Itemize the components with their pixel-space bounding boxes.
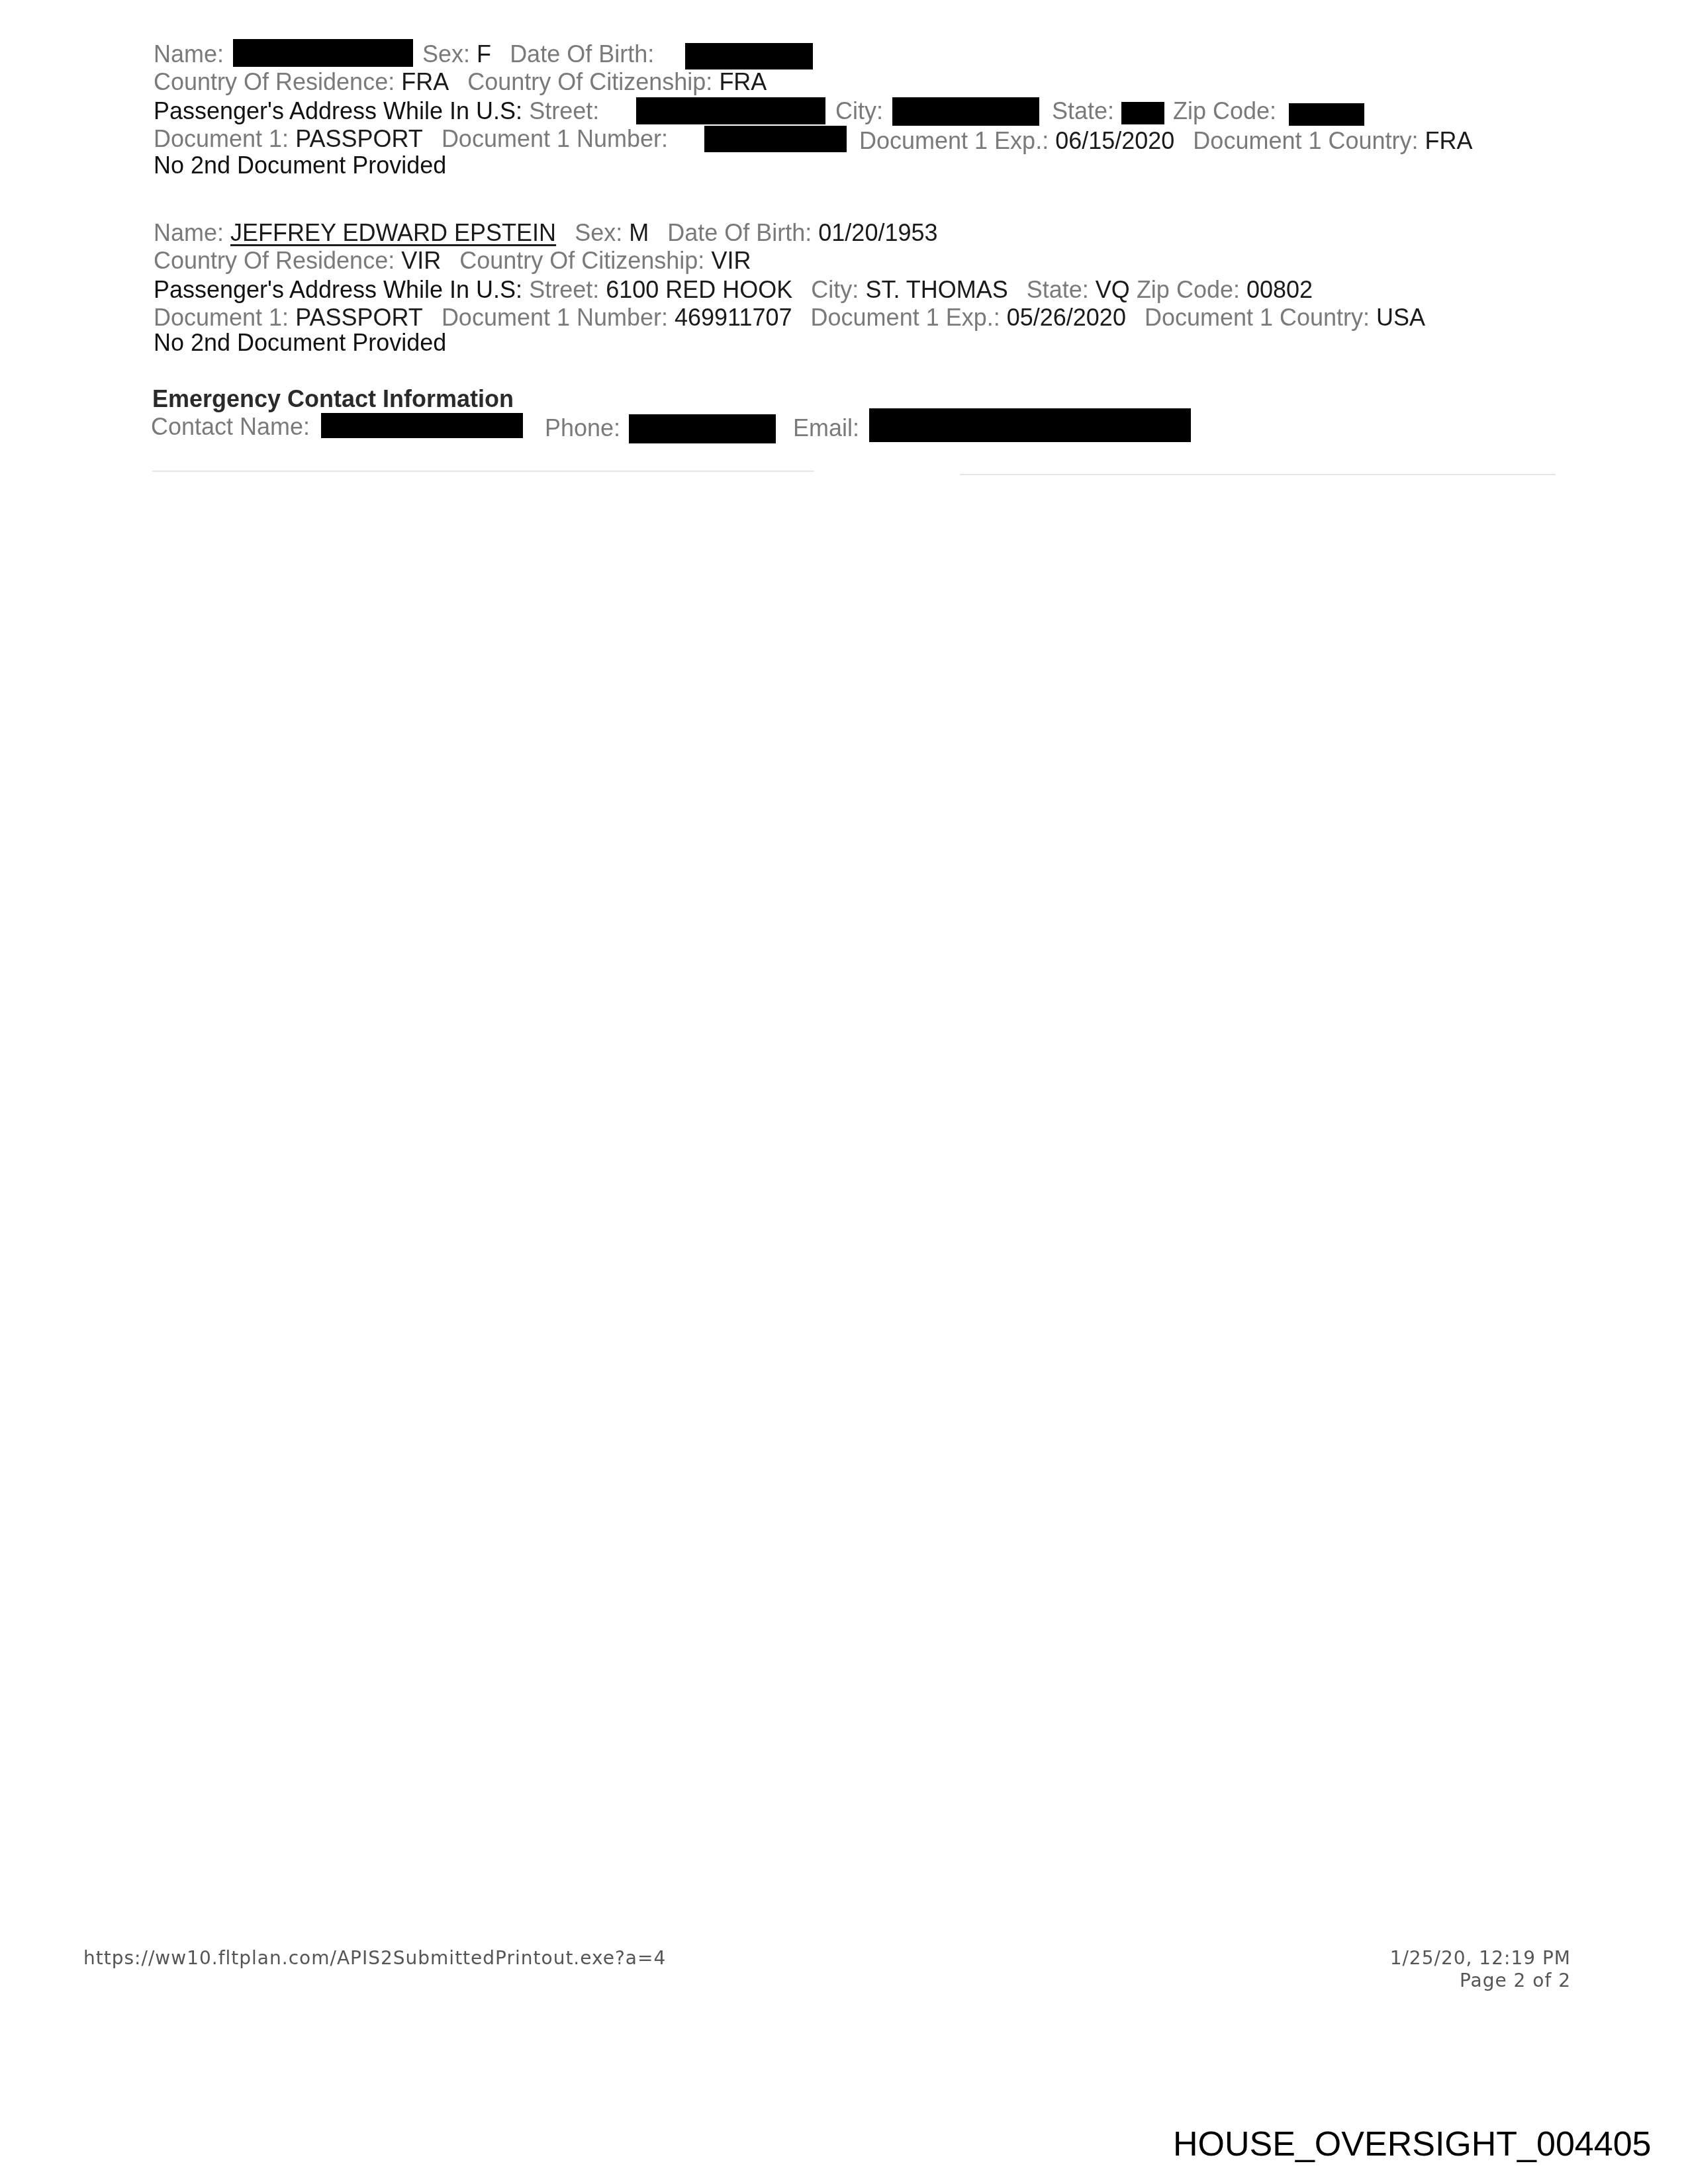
name-value: JEFFREY EDWARD EPSTEIN: [230, 219, 556, 246]
redaction-state: [1121, 102, 1164, 124]
citizenship-label: Country Of Citizenship:: [459, 247, 704, 274]
redaction-contact-name: [321, 413, 523, 438]
dob-label: Date Of Birth:: [510, 40, 654, 68]
p2-second-doc: No 2nd Document Provided: [154, 329, 446, 357]
state-value: VQ: [1096, 276, 1130, 303]
p1-second-doc: No 2nd Document Provided: [154, 152, 446, 179]
residence-value: FRA: [401, 68, 449, 95]
redaction-doc-number: [704, 126, 847, 152]
footer-meta: 1/25/20, 12:19 PM Page 2 of 2: [1390, 1947, 1571, 1992]
redaction-phone: [629, 414, 776, 443]
city-value: ST. THOMAS: [865, 276, 1008, 303]
zip-label: Zip Code:: [1173, 97, 1276, 124]
dob-label: Date Of Birth:: [667, 219, 812, 246]
redaction-name: [233, 39, 413, 67]
footer-url: https://ww10.fltplan.com/APIS2SubmittedP…: [83, 1947, 666, 1969]
sex-label: Sex:: [422, 40, 470, 68]
redaction-street: [636, 97, 825, 124]
doc1-country-label: Document 1 Country:: [1145, 304, 1370, 331]
zip-label: Zip Code:: [1137, 276, 1240, 303]
contact-phone-group: Phone:: [545, 414, 620, 442]
citizenship-label: Country Of Citizenship:: [467, 68, 712, 95]
state-label: State:: [1052, 97, 1114, 124]
contact-email-group: Email:: [793, 414, 859, 442]
doc1-number-label: Document 1 Number:: [442, 304, 668, 331]
sex-value: M: [629, 219, 649, 246]
city-label: City:: [811, 276, 859, 303]
residence-label: Country Of Residence:: [154, 68, 395, 95]
redaction-zip: [1289, 103, 1364, 126]
doc1-number-value: 469911707: [675, 304, 792, 331]
sex-value: F: [477, 40, 491, 68]
street-value: 6100 RED HOOK: [606, 276, 792, 303]
p2-line-name: Name: JEFFREY EDWARD EPSTEIN Sex: M Date…: [154, 219, 938, 247]
contact-name-group: Contact Name:: [151, 413, 310, 441]
doc1-value: PASSPORT: [295, 125, 423, 152]
doc1-exp-label: Document 1 Exp.:: [859, 127, 1049, 154]
p2-line-document: Document 1: PASSPORT Document 1 Number: …: [154, 304, 1425, 332]
email-label: Email:: [793, 414, 859, 441]
citizenship-value: FRA: [719, 68, 767, 95]
doc1-label: Document 1:: [154, 304, 289, 331]
p1-city-group: City:: [835, 97, 883, 125]
sex-label: Sex:: [575, 219, 622, 246]
dob-value: 01/20/1953: [818, 219, 937, 246]
street-label: Street:: [529, 276, 599, 303]
p1-zip-group: Zip Code:: [1173, 97, 1276, 125]
redaction-city: [892, 97, 1039, 126]
redaction-email: [869, 408, 1191, 442]
doc1-number-label: Document 1 Number:: [442, 125, 668, 152]
contact-name-label: Contact Name:: [151, 413, 310, 440]
bates-number: HOUSE_OVERSIGHT_004405: [1173, 2124, 1652, 2164]
doc1-country-label: Document 1 Country:: [1193, 127, 1418, 154]
scan-artifact-line: [960, 474, 1556, 475]
name-label: Name:: [154, 219, 224, 246]
footer-datetime: 1/25/20, 12:19 PM: [1390, 1947, 1571, 1970]
state-label: State:: [1027, 276, 1089, 303]
redaction-dob: [685, 43, 813, 69]
doc1-label: Document 1:: [154, 125, 289, 152]
doc1-country-value: FRA: [1425, 127, 1473, 154]
residence-value: VIR: [401, 247, 441, 274]
residence-label: Country Of Residence:: [154, 247, 395, 274]
doc1-country-value: USA: [1376, 304, 1425, 331]
p2-line-address: Passenger's Address While In U.S: Street…: [154, 276, 1313, 304]
phone-label: Phone:: [545, 414, 620, 441]
p1-line-country: Country Of Residence: FRA Country Of Cit…: [154, 68, 767, 96]
p1-line-address: Passenger's Address While In U.S: Street…: [154, 97, 599, 125]
p2-line-country: Country Of Residence: VIR Country Of Cit…: [154, 247, 751, 275]
doc1-exp-value: 05/26/2020: [1007, 304, 1126, 331]
p1-line-document: Document 1: PASSPORT Document 1 Number:: [154, 125, 668, 153]
p1-state-group: State:: [1052, 97, 1114, 125]
scan-artifact-line: [152, 471, 814, 472]
name-label: Name:: [154, 40, 224, 68]
citizenship-value: VIR: [711, 247, 751, 274]
street-label: Street:: [529, 97, 599, 124]
doc1-value: PASSPORT: [295, 304, 423, 331]
p1-doc-exp-group: Document 1 Exp.: 06/15/2020 Document 1 C…: [859, 127, 1473, 155]
footer-page-number: Page 2 of 2: [1390, 1970, 1571, 1992]
doc1-exp-value: 06/15/2020: [1055, 127, 1174, 154]
address-label: Passenger's Address While In U.S:: [154, 276, 522, 303]
zip-value: 00802: [1246, 276, 1313, 303]
doc1-exp-label: Document 1 Exp.:: [811, 304, 1000, 331]
emergency-heading: Emergency Contact Information: [152, 385, 514, 413]
address-label: Passenger's Address While In U.S:: [154, 97, 522, 124]
city-label: City:: [835, 97, 883, 124]
